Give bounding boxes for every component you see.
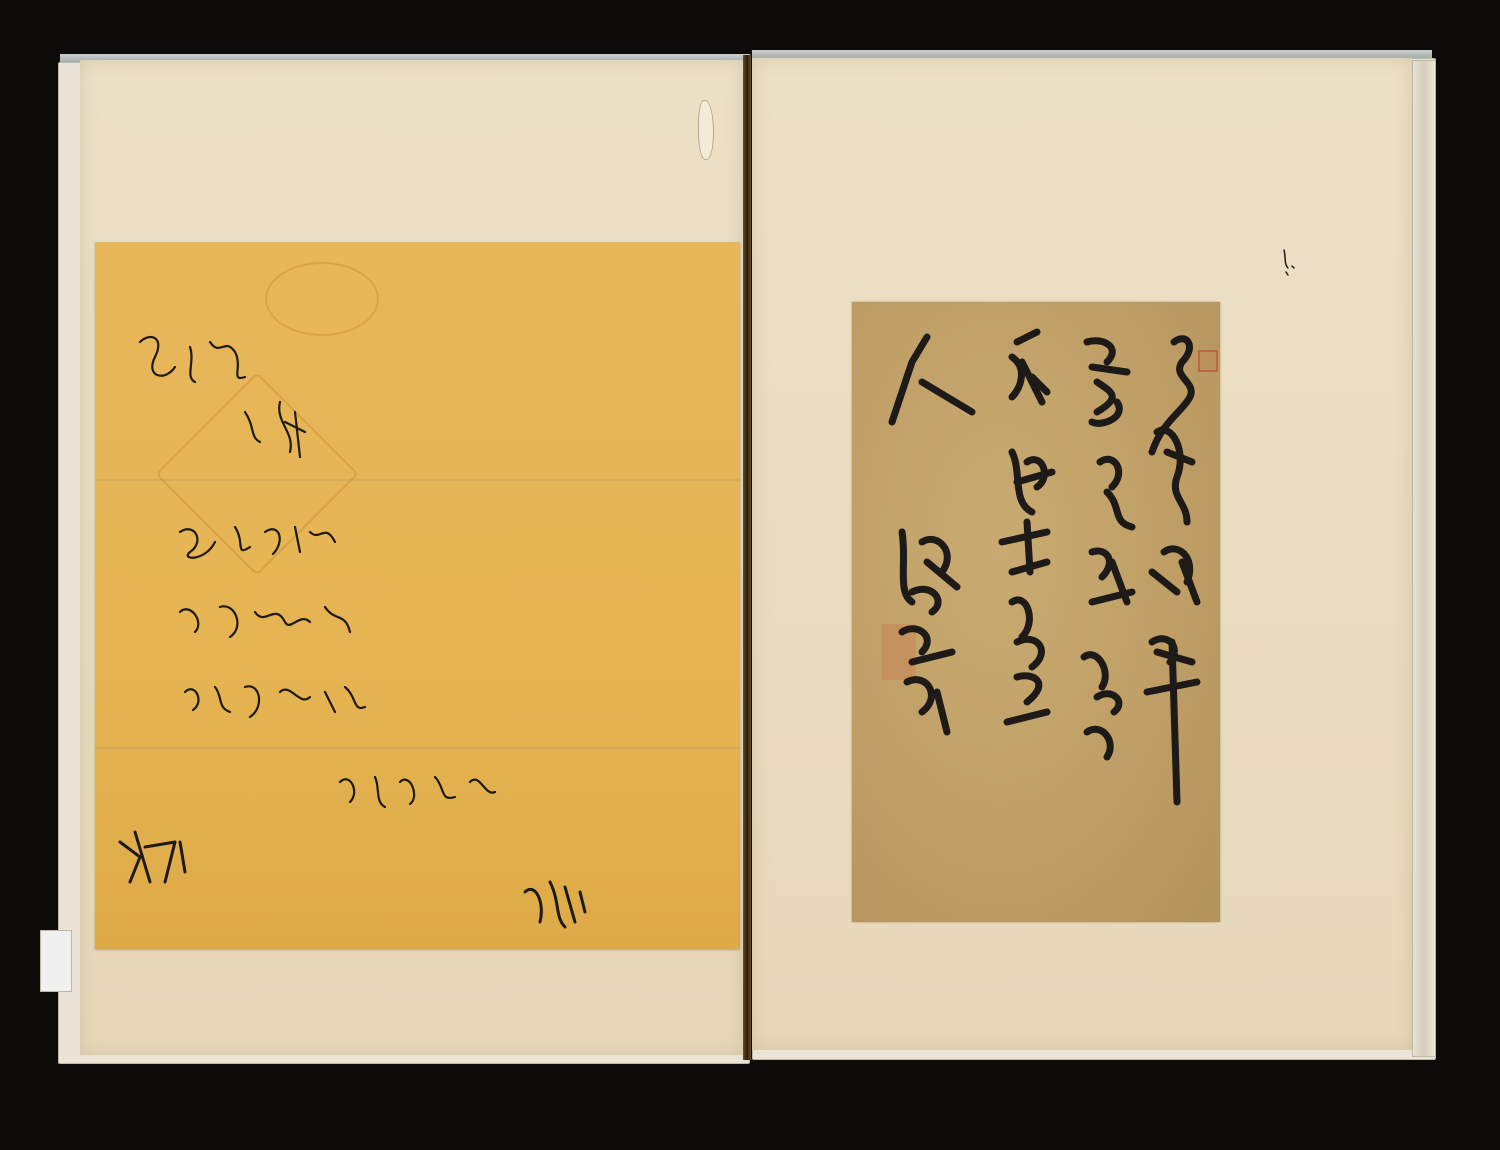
kanji-calligraphy	[852, 302, 1220, 922]
right-mounted-sheet	[852, 302, 1220, 922]
kana-calligraphy	[95, 242, 740, 949]
page-tear-mark	[698, 100, 714, 160]
right-edge-pages	[1412, 60, 1436, 1057]
left-mounted-sheet	[95, 242, 740, 949]
right-leaf-top-edge	[752, 50, 1432, 58]
left-leaf-underlay	[40, 930, 72, 992]
book-gutter	[743, 55, 751, 1060]
ink-notation	[1280, 248, 1300, 278]
